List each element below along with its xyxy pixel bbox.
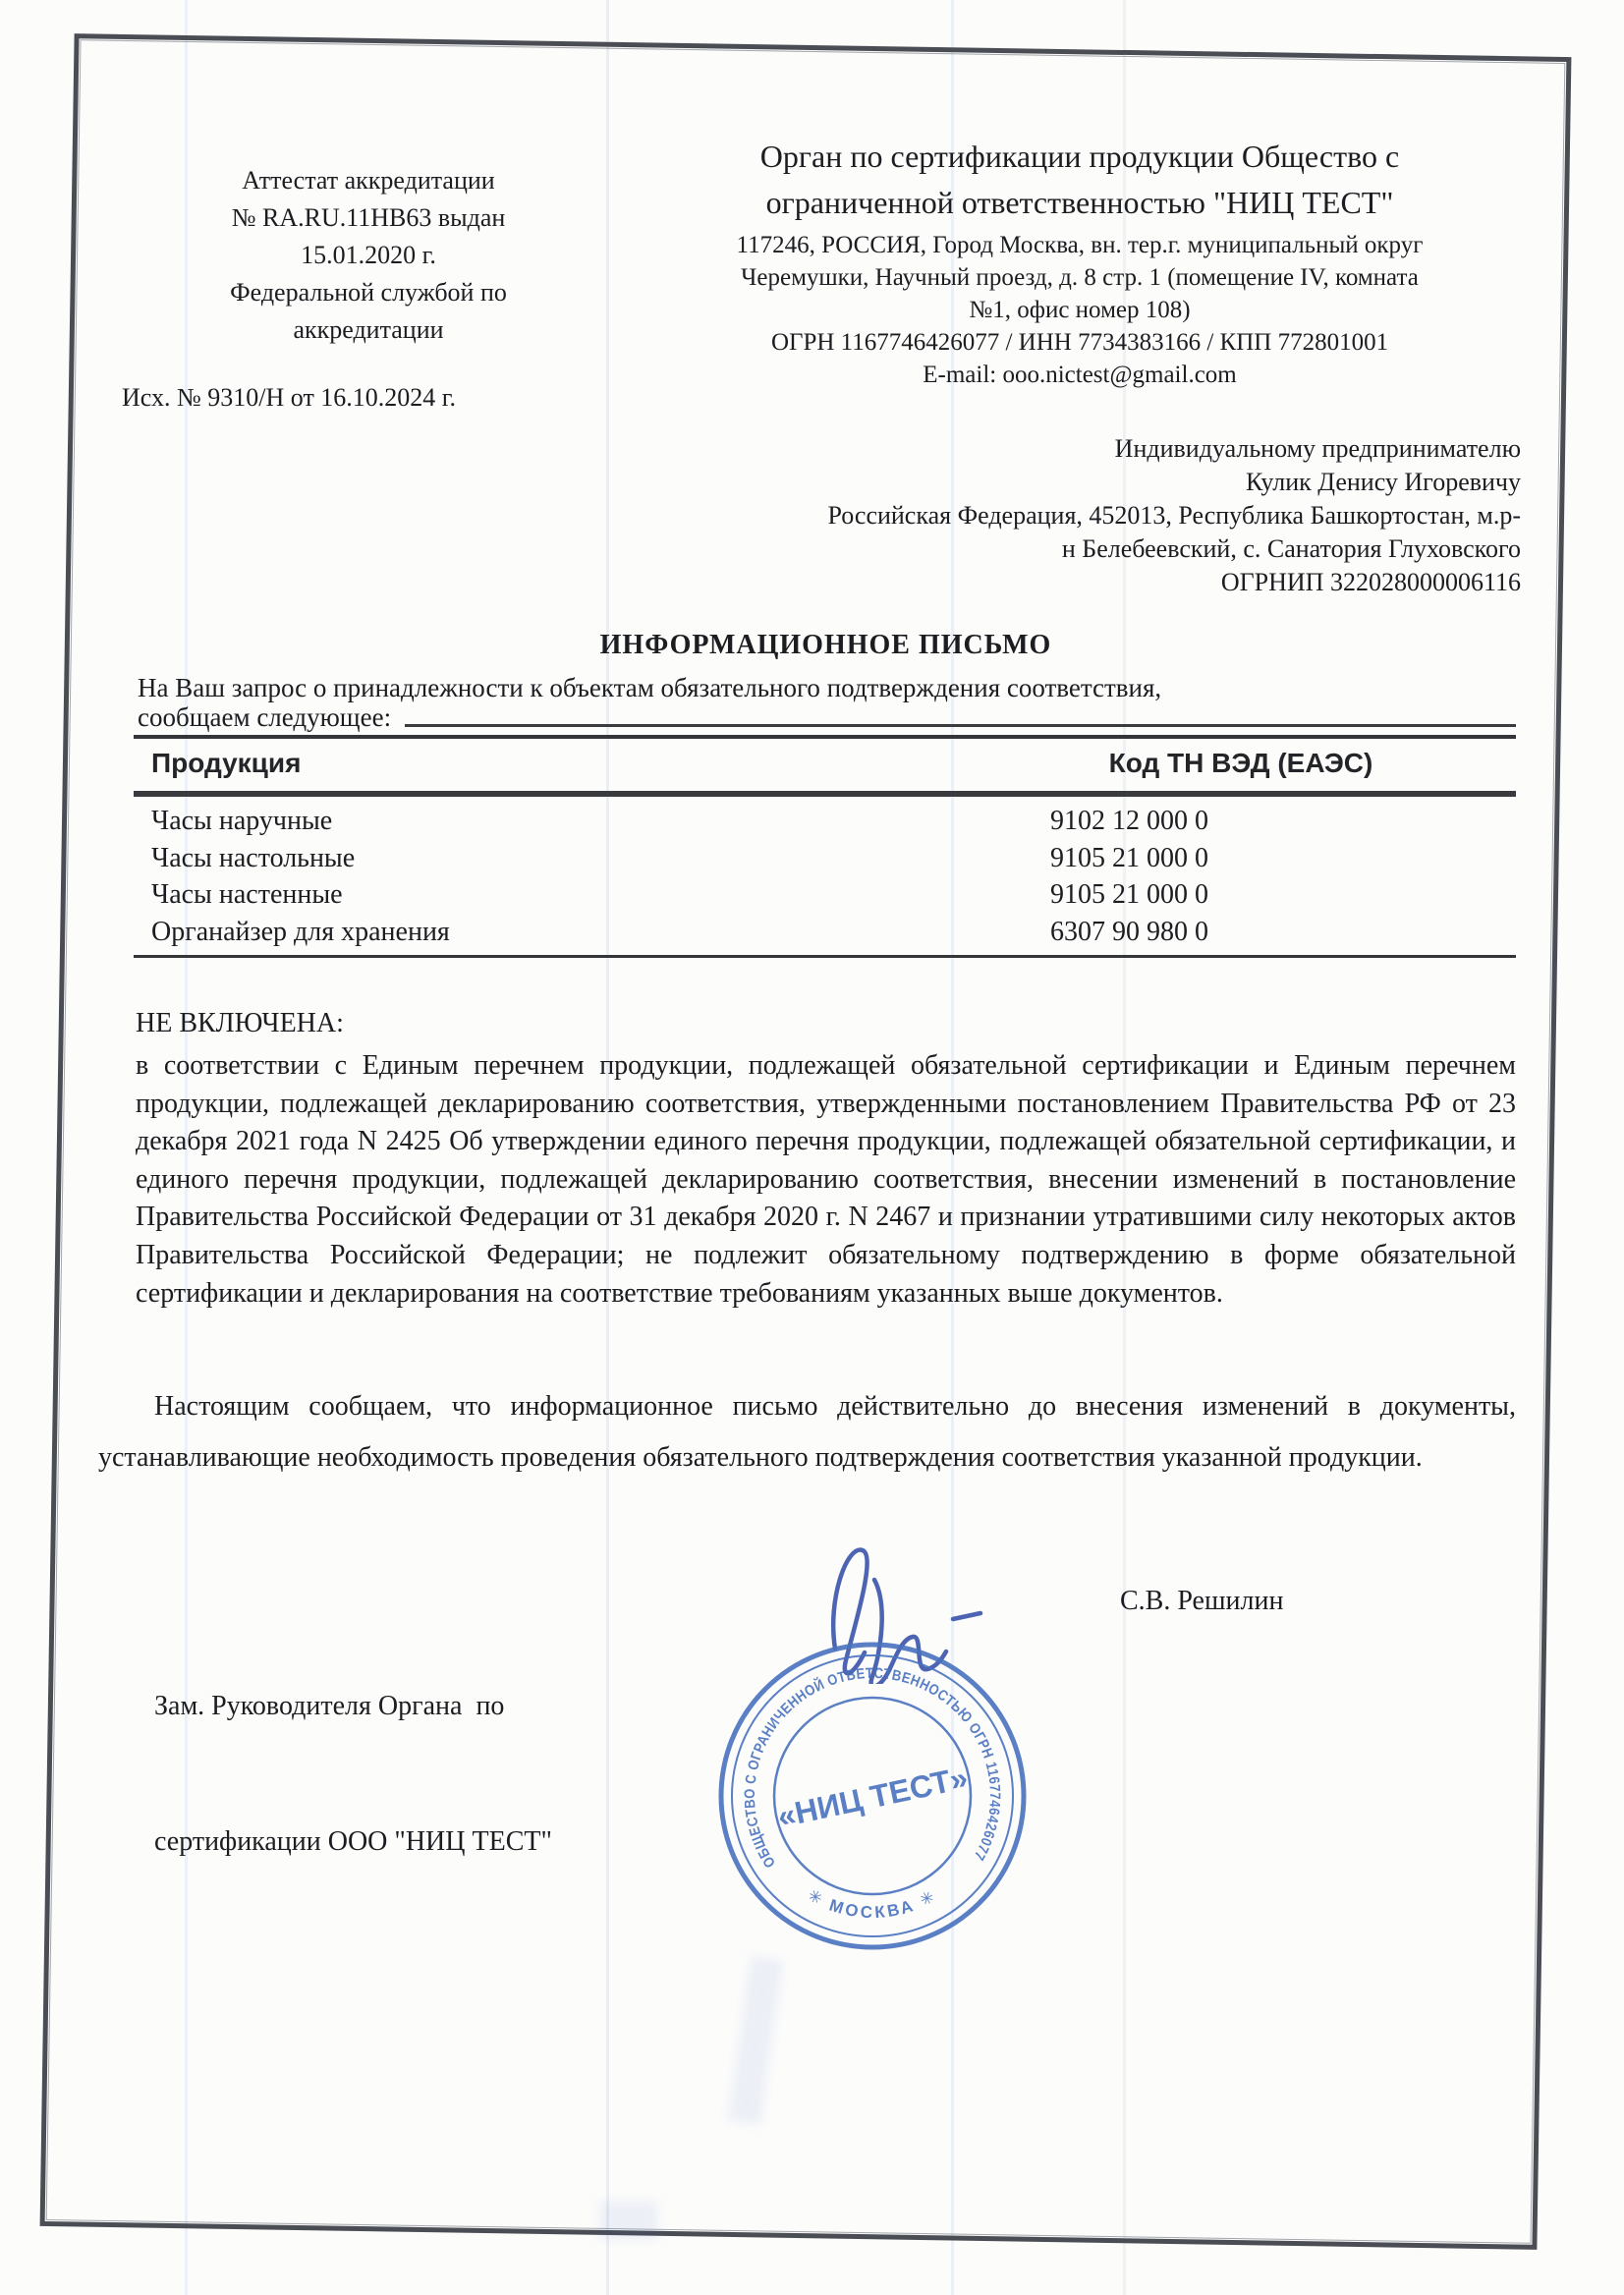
addressee-line: Индивидуальному предпринимателю — [440, 432, 1521, 466]
org-address-line: Черемушки, Научный проезд, д. 8 стр. 1 (… — [637, 261, 1523, 294]
org-name-line: Орган по сертификации продукции Общество… — [637, 134, 1523, 180]
addressee-block: Индивидуальному предпринимателю Кулик Де… — [440, 432, 1521, 599]
product-cell: Часы настенные — [134, 876, 966, 914]
closing-paragraph: Настоящим сообщаем, что информационное п… — [98, 1381, 1516, 1483]
product-cell: Органайзер для хранения — [134, 914, 966, 951]
outgoing-ref: Исх. № 9310/Н от 16.10.2024 г. — [122, 383, 456, 413]
company-round-stamp: ОБЩЕСТВО С ОГРАНИЧЕННОЙ ОТВЕТСТВЕННОСТЬЮ… — [715, 1639, 1030, 1953]
org-email-line: E-mail: ooo.nictest@gmail.com — [637, 359, 1523, 391]
code-cell: 9105 21 000 0 — [966, 840, 1516, 877]
scanned-letter-page: Аттестат аккредитации № RA.RU.11НВ63 выд… — [0, 0, 1624, 2295]
product-cell: Часы настольные — [134, 840, 966, 877]
stamp-center-text: «НИЦ ТЕСТ» — [774, 1760, 971, 1834]
intro-rule — [405, 724, 1516, 727]
signer-position-line2: сертификации ООО "НИЦ ТЕСТ" — [154, 1819, 552, 1865]
intro-line2: сообщаем следующее: — [138, 703, 391, 733]
code-cell: 9105 21 000 0 — [966, 876, 1516, 914]
accreditation-line: Аттестат аккредитации — [152, 162, 585, 199]
accreditation-line: Федеральной службой по — [152, 274, 585, 311]
accreditation-block: Аттестат аккредитации № RA.RU.11НВ63 выд… — [152, 162, 585, 349]
org-letterhead: Орган по сертификации продукции Общество… — [637, 134, 1523, 391]
table-row: Органайзер для хранения 6307 90 980 0 — [134, 914, 1516, 951]
addressee-ogrnip: ОГРНИП 322028000006116 — [440, 566, 1521, 599]
not-included-heading: НЕ ВКЛЮЧЕНА: — [136, 1008, 344, 1039]
table-body: Часы наручные 9102 12 000 0 Часы настоль… — [134, 797, 1516, 955]
intro-paragraph: На Ваш запрос о принадлежности к объекта… — [138, 674, 1516, 732]
not-included-body: в соответствии с Единым перечнем продукц… — [136, 1047, 1516, 1313]
addressee-line: Кулик Денису Игоревичу — [440, 466, 1521, 499]
signer-name: С.В. Решилин — [1120, 1586, 1283, 1617]
org-address: 117246, РОССИЯ, Город Москва, вн. тер.г.… — [637, 229, 1523, 391]
addressee-line: н Белебеевский, с. Санатория Глуховского — [440, 532, 1521, 566]
column-header-product: Продукция — [151, 748, 966, 791]
org-registration-line: ОГРН 1167746426077 / ИНН 7734383166 / КП… — [637, 326, 1523, 359]
product-cell: Часы наручные — [134, 803, 966, 840]
ink-bleed-ghost — [727, 1955, 783, 2125]
table-row: Часы настольные 9105 21 000 0 — [134, 840, 1516, 877]
addressee-line: Российская Федерация, 452013, Республика… — [440, 499, 1521, 532]
table-row: Часы настенные 9105 21 000 0 — [134, 876, 1516, 914]
document-title: ИНФОРМАЦИОННОЕ ПИСЬМО — [136, 630, 1516, 661]
stamp-city-text: ✳ МОСКВА ✳ — [805, 1885, 940, 1922]
org-name: Орган по сертификации продукции Общество… — [637, 134, 1523, 226]
table-header-row: Продукция Код ТН ВЭД (ЕАЭС) — [134, 739, 1516, 791]
table-row: Часы наручные 9102 12 000 0 — [134, 803, 1516, 840]
tnved-table: Продукция Код ТН ВЭД (ЕАЭС) Часы наручны… — [134, 735, 1516, 958]
org-address-line: 117246, РОССИЯ, Город Москва, вн. тер.г.… — [637, 229, 1523, 261]
accreditation-line: аккредитации — [152, 311, 585, 349]
column-header-code: Код ТН ВЭД (ЕАЭС) — [966, 748, 1516, 791]
svg-text:✳ МОСКВА ✳: ✳ МОСКВА ✳ — [805, 1885, 940, 1922]
code-cell: 6307 90 980 0 — [966, 914, 1516, 951]
intro-line2-row: сообщаем следующее: — [138, 703, 1516, 733]
accreditation-line: № RA.RU.11НВ63 выдан — [152, 199, 585, 237]
signer-position-line1: Зам. Руководителя Органа по — [154, 1684, 552, 1729]
org-name-line: ограниченной ответственностью "НИЦ ТЕСТ" — [637, 180, 1523, 226]
org-address-line: №1, офис номер 108) — [637, 294, 1523, 326]
signer-position: Зам. Руководителя Органа по сертификации… — [154, 1594, 552, 1955]
intro-line1: На Ваш запрос о принадлежности к объекта… — [138, 674, 1516, 703]
accreditation-line: 15.01.2020 г. — [152, 237, 585, 274]
ink-bleed-ghost — [599, 2201, 658, 2240]
code-cell: 9102 12 000 0 — [966, 803, 1516, 840]
